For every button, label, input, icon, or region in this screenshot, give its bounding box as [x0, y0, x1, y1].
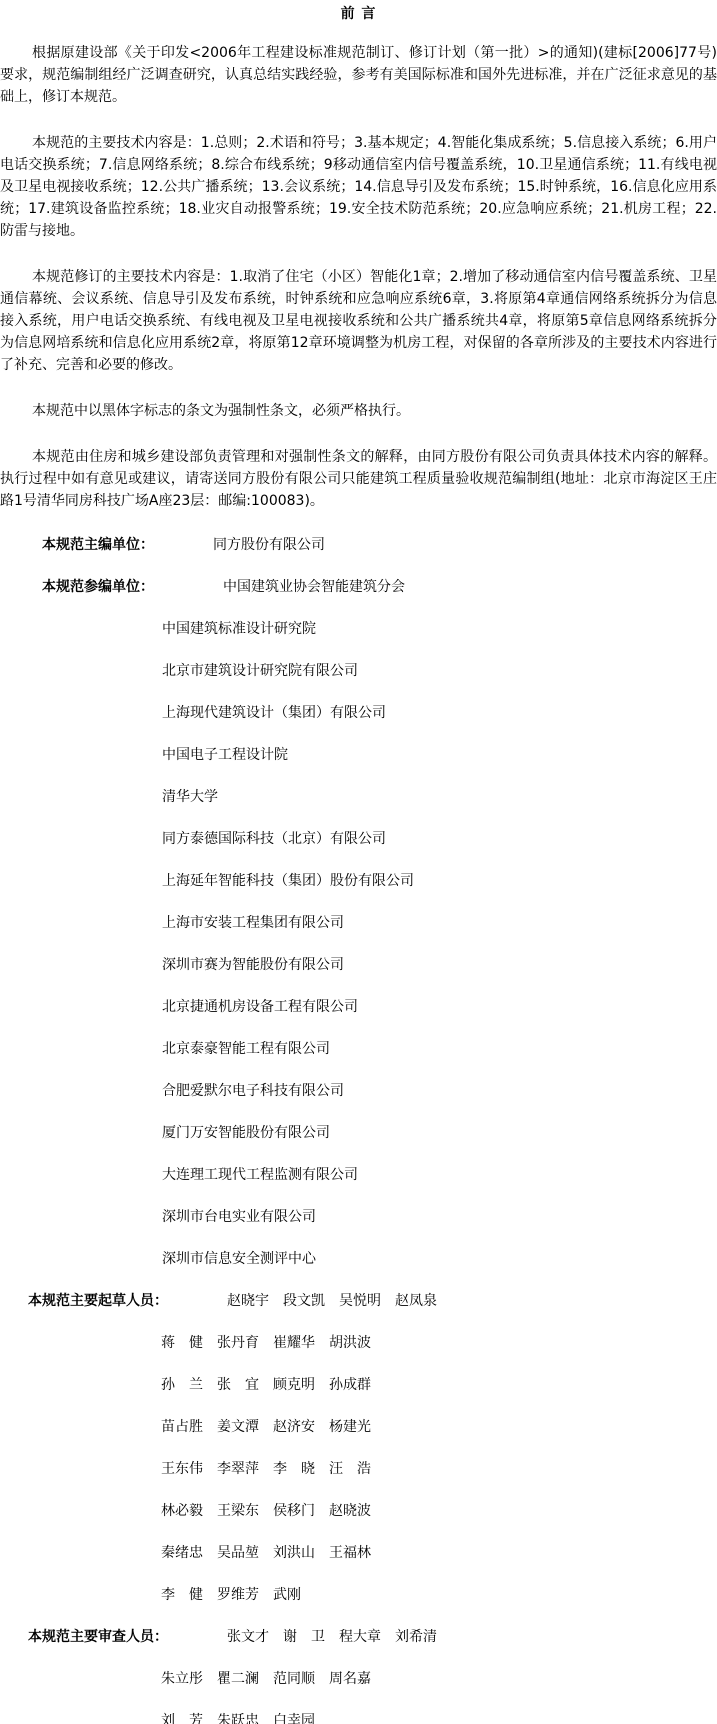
- participant-unit-item: 合肥爱默尔电子科技有限公司: [0, 1082, 717, 1100]
- chief-editor-unit-label: 本规范主编单位：: [42, 537, 154, 553]
- participant-unit-item: 北京捷通机房设备工程有限公司: [0, 998, 717, 1016]
- participant-unit-item: 上海延年智能科技（集团）股份有限公司: [0, 872, 717, 890]
- drafters-row: 孙 兰 张 宜 顾克明 孙成群: [0, 1376, 717, 1394]
- reviewers-head-line: 本规范主要审查人员：张文才 谢 卫 程大章 刘希清: [0, 1628, 717, 1646]
- participant-unit-item: 大连理工现代工程监测有限公司: [0, 1166, 717, 1184]
- preface-paragraph-main-contents: 本规范的主要技术内容是：1.总则；2.术语和符号；3.基本规定；4.智能化集成系…: [0, 132, 717, 242]
- participant-unit-item: 中国建筑标准设计研究院: [0, 620, 717, 638]
- preface-paragraph-management: 本规范由住房和城乡建设部负责管理和对强制性条文的解释，由同方股份有限公司负责具体…: [0, 446, 717, 512]
- chief-editor-unit-value: 同方股份有限公司: [213, 537, 325, 553]
- participant-unit-item: 中国电子工程设计院: [0, 746, 717, 764]
- reviewers-label: 本规范主要审查人员：: [28, 1629, 168, 1645]
- drafters-row: 李 健 罗维芳 武刚: [0, 1586, 717, 1604]
- drafters-row: 苗占胜 姜文潭 赵济安 杨建光: [0, 1418, 717, 1436]
- chief-editor-unit-line: 本规范主编单位：同方股份有限公司: [0, 536, 717, 554]
- participant-unit-item: 深圳市赛为智能股份有限公司: [0, 956, 717, 974]
- participant-unit-item: 厦门万安智能股份有限公司: [0, 1124, 717, 1142]
- reviewers-row: 张文才 谢 卫 程大章 刘希清: [227, 1629, 437, 1645]
- page-title: 前 言: [0, 6, 717, 22]
- participant-unit-item: 清华大学: [0, 788, 717, 806]
- reviewers-row: 刘 芳 朱跃忠 白幸园: [0, 1712, 717, 1724]
- participant-unit-item: 北京泰豪智能工程有限公司: [0, 1040, 717, 1058]
- participant-unit-label: 本规范参编单位：: [42, 579, 154, 595]
- preface-document: 前 言 根据原建设部《关于印发<2006年工程建设标准规范制订、修订计划（第一批…: [0, 0, 717, 1724]
- drafters-row: 赵晓宇 段文凯 吴悦明 赵凤泉: [227, 1293, 437, 1309]
- participant-unit-first: 中国建筑业协会智能建筑分会: [223, 579, 405, 595]
- drafters-row: 秦绪忠 吴品堃 刘洪山 王福林: [0, 1544, 717, 1562]
- preface-paragraph-basis: 根据原建设部《关于印发<2006年工程建设标准规范制订、修订计划（第一批）>的通…: [0, 42, 717, 108]
- preface-paragraph-mandatory-clauses: 本规范中以黑体字标志的条文为强制性条文，必须严格执行。: [0, 400, 717, 422]
- participant-unit-item: 上海现代建筑设计（集团）有限公司: [0, 704, 717, 722]
- drafters-row: 林必毅 王梁东 侯移门 赵晓波: [0, 1502, 717, 1520]
- reviewers-row: 朱立彤 瞿二澜 范同顺 周名嘉: [0, 1670, 717, 1688]
- participant-unit-item: 北京市建筑设计研究院有限公司: [0, 662, 717, 680]
- drafters-row: 蒋 健 张丹育 崔耀华 胡洪波: [0, 1334, 717, 1352]
- drafters-label: 本规范主要起草人员：: [28, 1293, 168, 1309]
- preface-paragraph-revision-contents: 本规范修订的主要技术内容是：1.取消了住宅（小区）智能化1章；2.增加了移动通信…: [0, 266, 717, 376]
- drafters-head-line: 本规范主要起草人员：赵晓宇 段文凯 吴悦明 赵凤泉: [0, 1292, 717, 1310]
- participant-unit-item: 深圳市台电实业有限公司: [0, 1208, 717, 1226]
- participant-unit-line: 本规范参编单位：中国建筑业协会智能建筑分会: [0, 578, 717, 596]
- participant-unit-item: 上海市安装工程集团有限公司: [0, 914, 717, 932]
- drafters-row: 王东伟 李翠萍 李 晓 汪 浩: [0, 1460, 717, 1478]
- participant-unit-item: 同方泰德国际科技（北京）有限公司: [0, 830, 717, 848]
- participant-unit-item: 深圳市信息安全测评中心: [0, 1250, 717, 1268]
